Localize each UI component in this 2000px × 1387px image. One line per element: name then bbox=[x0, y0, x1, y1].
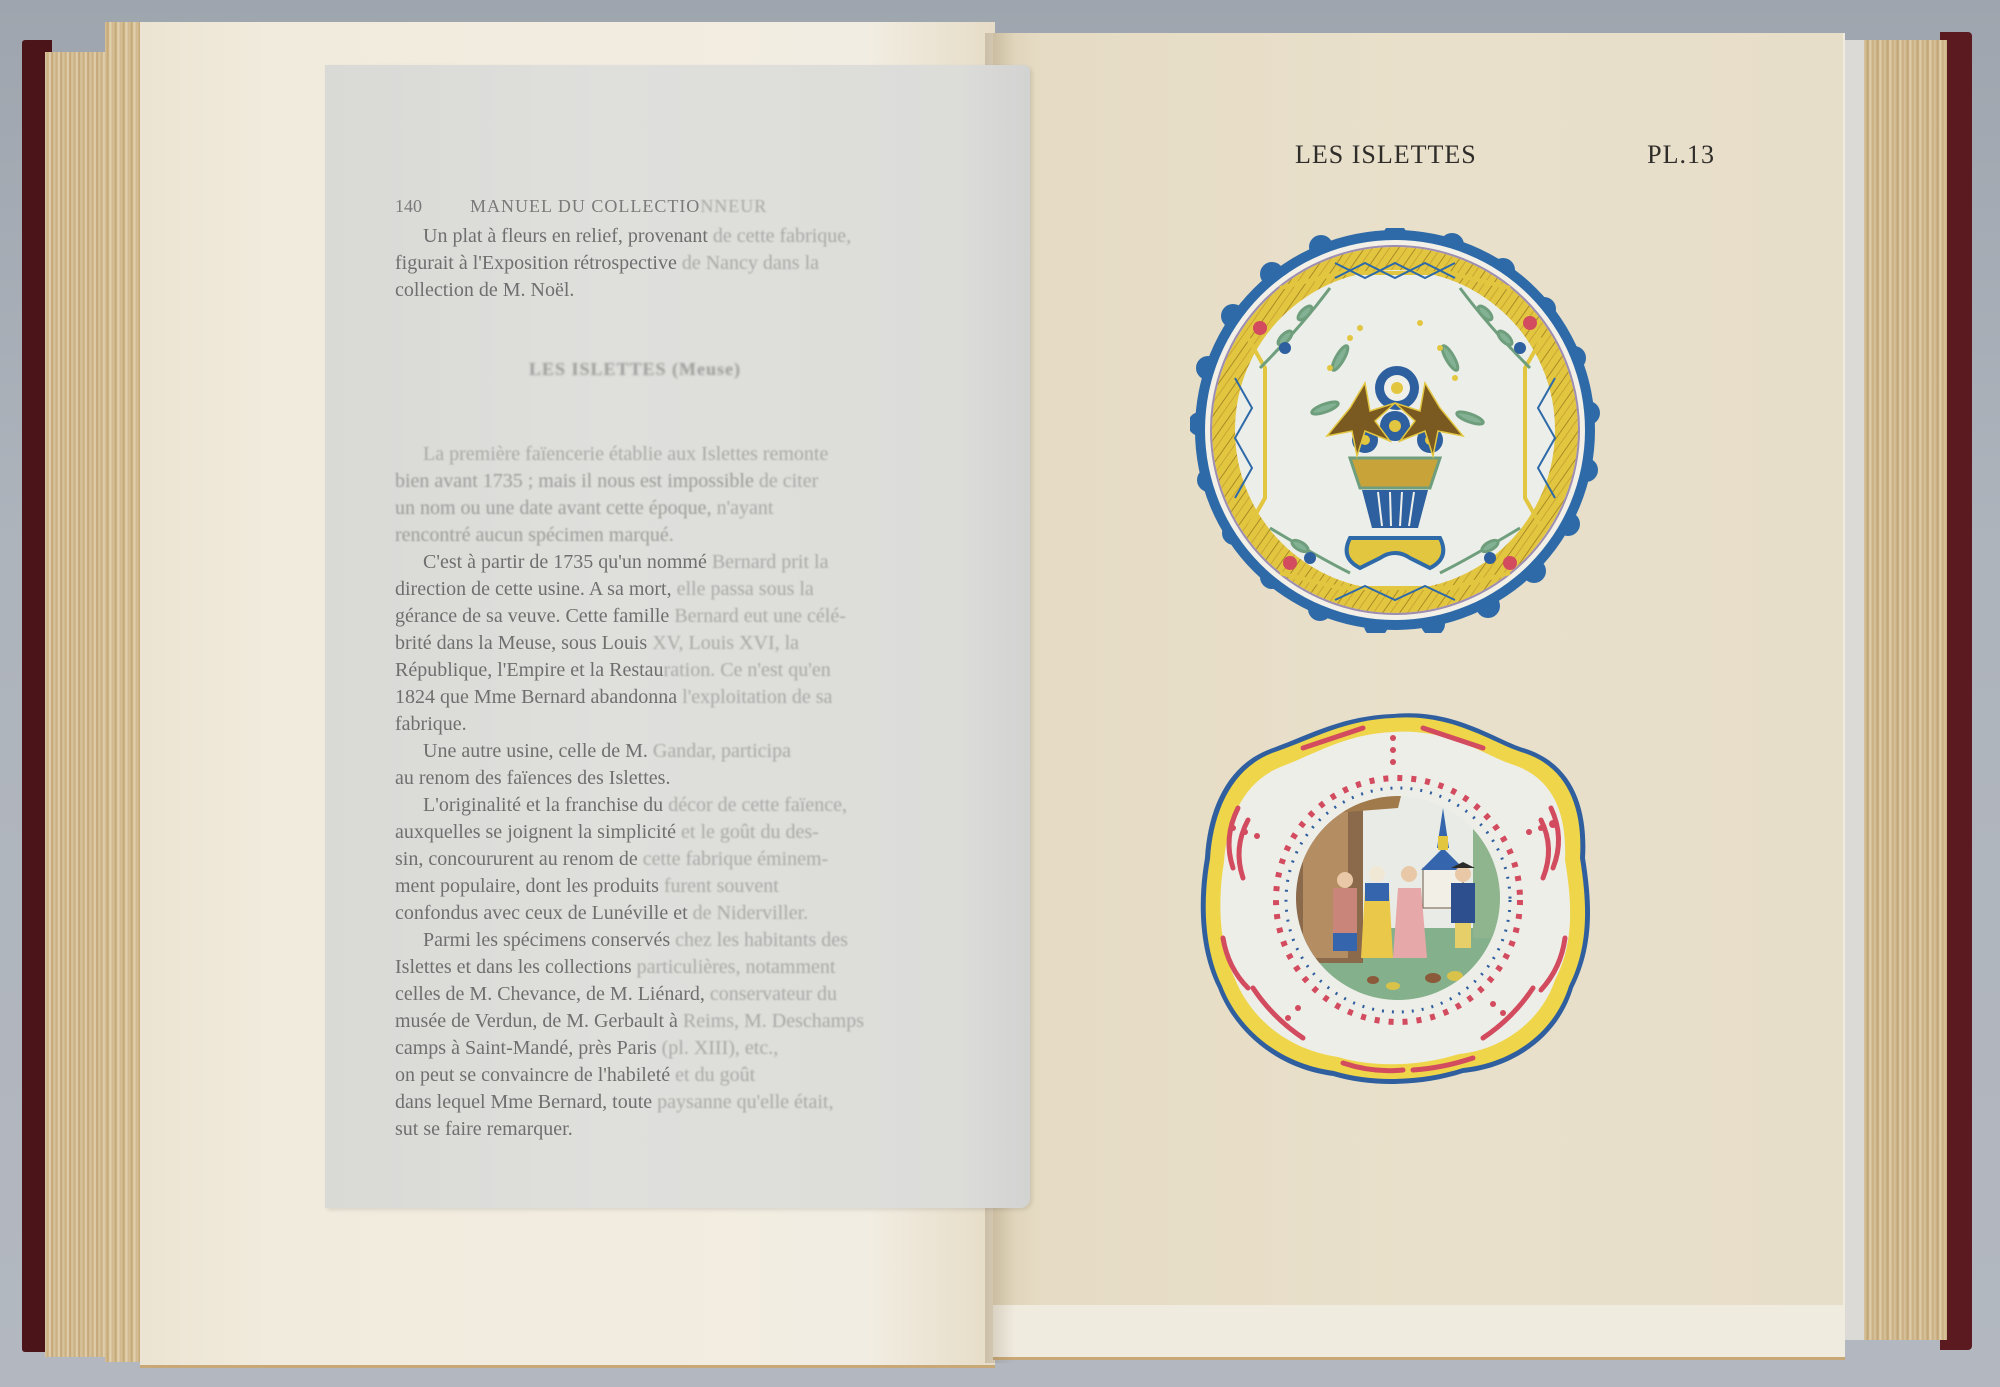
text-line: fabrique. bbox=[395, 711, 955, 738]
text-line: direction de cette usine. A sa mort, ell… bbox=[395, 576, 955, 603]
text-line: musée de Verdun, de M. Gerbault à Reims,… bbox=[395, 1008, 955, 1035]
text-line: L'originalité et la franchise du décor d… bbox=[395, 792, 955, 819]
running-head: 140 MANUEL DU COLLECTIONNEUR bbox=[395, 193, 955, 223]
plate-header-title: LES ISLETTES bbox=[1295, 140, 1477, 170]
text-line: bien avant 1735 ; mais il nous est impos… bbox=[395, 468, 955, 495]
left-page-text: 140 MANUEL DU COLLECTIONNEUR Un plat à f… bbox=[395, 193, 955, 1143]
plate-header: LES ISLETTES PL.13 bbox=[1295, 140, 1715, 170]
text-line: Islettes et dans les collections particu… bbox=[395, 954, 955, 981]
text-line: La première faïencerie établie aux Islet… bbox=[395, 441, 955, 468]
body-text: La première faïencerie établie aux Islet… bbox=[395, 441, 955, 1143]
section-title: LES ISLETTES (Meuse) bbox=[395, 356, 955, 383]
text-line: au renom des faïences des Islettes. bbox=[395, 765, 955, 792]
text-line: ment populaire, dont les produits furent… bbox=[395, 873, 955, 900]
floral-plate-illustration bbox=[1190, 228, 1600, 633]
text-line: République, l'Empire et la Restauration.… bbox=[395, 657, 955, 684]
text-line: collection de M. Noël. bbox=[395, 277, 955, 304]
text-line: on peut se convaincre de l'habileté et d… bbox=[395, 1062, 955, 1089]
running-head-title: MANUEL DU COLLECTIONNEUR bbox=[470, 193, 767, 223]
text-line: camps à Saint-Mandé, près Paris (pl. XII… bbox=[395, 1035, 955, 1062]
text-line: Parmi les spécimens conservés chez les h… bbox=[395, 927, 955, 954]
page-number: 140 bbox=[395, 193, 470, 223]
text-line: celles de M. Chevance, de M. Liénard, co… bbox=[395, 981, 955, 1008]
text-line: 1824 que Mme Bernard abandonna l'exploit… bbox=[395, 684, 955, 711]
tissue-guard-sheet[interactable]: 140 MANUEL DU COLLECTIONNEUR Un plat à f… bbox=[325, 65, 1030, 1208]
page-block-left-inner bbox=[105, 22, 143, 1362]
floral-basket-plate bbox=[1190, 228, 1600, 633]
text-line: Un plat à fleurs en relief, provenant de… bbox=[395, 223, 955, 250]
text-line: confondus avec ceux de Lunéville et de N… bbox=[395, 900, 955, 927]
text-line: rencontré aucun spécimen marqué. bbox=[395, 522, 955, 549]
page-block-right-inner bbox=[1842, 40, 1864, 1340]
text-line: brité dans la Meuse, sous Louis XV, Loui… bbox=[395, 630, 955, 657]
text-line: un nom ou une date avant cette époque, n… bbox=[395, 495, 955, 522]
plate-number: PL.13 bbox=[1647, 140, 1715, 170]
text-line: sin, concoururent au renom de cette fabr… bbox=[395, 846, 955, 873]
text-line: Une autre usine, celle de M. Gandar, par… bbox=[395, 738, 955, 765]
text-line: dans lequel Mme Bernard, toute paysanne … bbox=[395, 1089, 955, 1116]
text-line: C'est à partir de 1735 qu'un nommé Berna… bbox=[395, 549, 955, 576]
text-line: figurait à l'Exposition rétrospective de… bbox=[395, 250, 955, 277]
text-line: sut se faire remarquer. bbox=[395, 1116, 955, 1143]
text-line: auxquelles se joignent la simplicité et … bbox=[395, 819, 955, 846]
plate-card bbox=[993, 33, 1843, 1305]
text-line: gérance de sa veuve. Cette famille Berna… bbox=[395, 603, 955, 630]
village-plate-illustration bbox=[1193, 708, 1598, 1088]
village-scene-plate bbox=[1193, 708, 1598, 1088]
